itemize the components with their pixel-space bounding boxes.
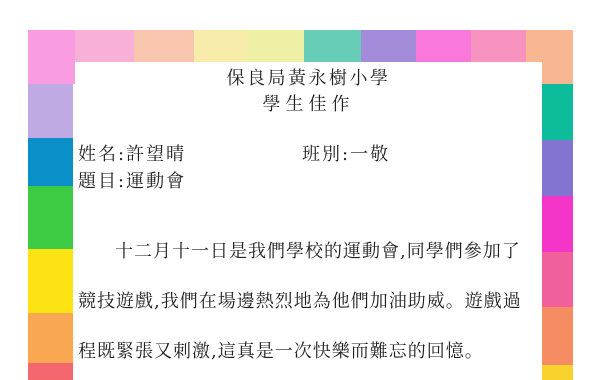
- border-tile-rose-pink: [471, 30, 526, 62]
- border-tile-pink: [28, 30, 75, 84]
- border-tile-coral-red: [28, 363, 73, 380]
- class-field: 班別:一敬: [302, 141, 390, 168]
- document-content: 保良局黃永樹小學 學生佳作 姓名:許望晴 班別:一敬 題目:運動會 十二月十一日…: [75, 62, 542, 380]
- border-tile-peach-salmon: [542, 62, 573, 84]
- border-tile-teal: [542, 84, 573, 140]
- border-tile-magenta: [542, 196, 573, 252]
- topic-label: 題目: [78, 171, 118, 192]
- border-tile-rose: [542, 252, 573, 307]
- name-label: 姓名: [78, 144, 118, 165]
- border-tile-cream-yellow: [194, 30, 248, 62]
- class-label: 班別: [302, 144, 342, 165]
- border-tile-light-pink: [75, 30, 134, 62]
- topic-row: 題目:運動會: [78, 168, 538, 195]
- name-value: 許望晴: [126, 144, 186, 165]
- border-tile-pale-lime: [248, 30, 304, 62]
- border-tile-lavender: [28, 84, 73, 138]
- border-tile-light-purple: [361, 30, 416, 62]
- border-tile-orange: [28, 313, 73, 363]
- school-name-title: 保良局黃永樹小學: [75, 66, 542, 92]
- border-tile-salmon-orange: [542, 307, 573, 365]
- border-tile-green: [28, 186, 73, 249]
- topic-field: 題目:運動會: [78, 171, 186, 192]
- essay-line: 程既緊張又刺激,這真是一次快樂而難忘的回憶。: [78, 327, 542, 377]
- border-tile-purple: [542, 140, 573, 196]
- border-tile-peach-salmon: [526, 30, 573, 62]
- border-tile-peach: [134, 30, 194, 62]
- name-and-class-row: 姓名:許望晴 班別:一敬: [78, 141, 538, 168]
- border-tile-mint: [304, 30, 361, 62]
- topic-colon: :: [118, 171, 126, 192]
- border-tile-azure-blue: [28, 138, 73, 186]
- name-colon: :: [118, 144, 126, 165]
- essay-line: 十二月十一日是我們學校的運動會,同學們參加了: [78, 227, 542, 277]
- class-value: 一敬: [350, 144, 390, 165]
- student-work-subtitle: 學生佳作: [75, 92, 542, 118]
- border-tile-yellow: [28, 249, 73, 313]
- essay-line: 競技遊戲,我們在場邊熱烈地為他們加油助威。遊戲過: [78, 277, 542, 327]
- border-tile-hot-pink: [416, 30, 471, 62]
- meta-block: 姓名:許望晴 班別:一敬 題目:運動會: [78, 141, 538, 195]
- border-tile-golden-yellow: [542, 365, 573, 380]
- document-page: 保良局黃永樹小學 學生佳作 姓名:許望晴 班別:一敬 題目:運動會 十二月十一日…: [0, 0, 600, 380]
- essay-body: 十二月十一日是我們學校的運動會,同學們參加了 競技遊戲,我們在場邊熱烈地為他們加…: [78, 227, 542, 377]
- class-colon: :: [342, 144, 350, 165]
- name-field: 姓名:許望晴: [78, 144, 186, 165]
- topic-value: 運動會: [126, 171, 186, 192]
